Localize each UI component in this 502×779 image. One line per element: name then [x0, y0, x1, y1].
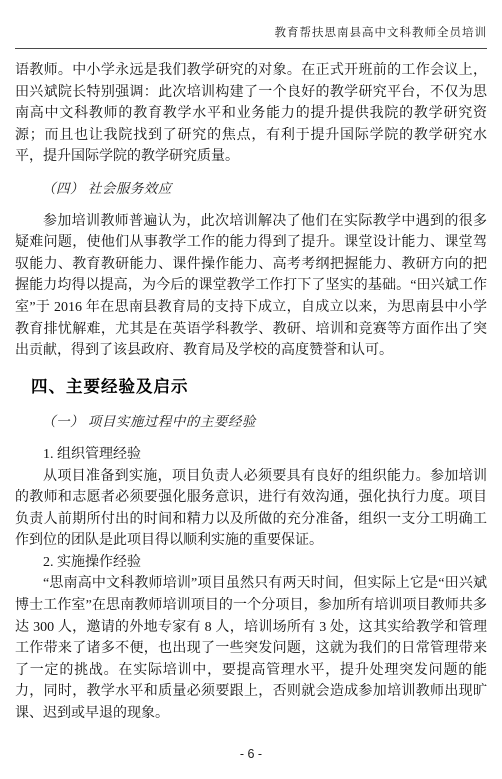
- page-footer: - 6 -: [0, 747, 502, 761]
- header-divider: [15, 48, 487, 49]
- paragraph-continuation: 语教师。中小学永远是我们教学研究的对象。在正式开班前的工作会议上，田兴斌院长特别…: [15, 60, 487, 168]
- document-body: 语教师。中小学永远是我们教学研究的对象。在正式开班前的工作会议上，田兴斌院长特别…: [15, 60, 487, 725]
- item-title-implementation: 2. 实施操作经验: [15, 552, 487, 574]
- header-title: 教育帮扶思南县高中文科教师全员培训: [275, 27, 488, 39]
- paragraph-social-service: 参加培训教师普遍认为，此次培训解决了他们在实际教学中遇到的很多疑难问题，使他们从…: [15, 211, 487, 362]
- item-title-organization: 1. 组织管理经验: [15, 444, 487, 466]
- page-number: - 6 -: [240, 747, 262, 761]
- paragraph-organization-experience: 从项目准备到实施，项目负责人必须要具有良好的组织能力。参加培训的教师和志愿者必须…: [15, 466, 487, 552]
- paragraph-implementation-experience: “思南高中文科教师培训”项目虽然只有两天时间，但实际上它是“田兴斌博士工作室”在…: [15, 573, 487, 724]
- document-page: 教育帮扶思南县高中文科教师全员培训 语教师。中小学永远是我们教学研究的对象。在正…: [0, 0, 502, 779]
- heading-project-experience: （一） 项目实施过程中的主要经验: [15, 411, 487, 433]
- page-header: 教育帮扶思南县高中文科教师全员培训: [15, 26, 487, 40]
- heading-social-service-effect: （四） 社会服务效应: [15, 178, 487, 200]
- heading-main-experience: 四、主要经验及启示: [15, 377, 487, 399]
